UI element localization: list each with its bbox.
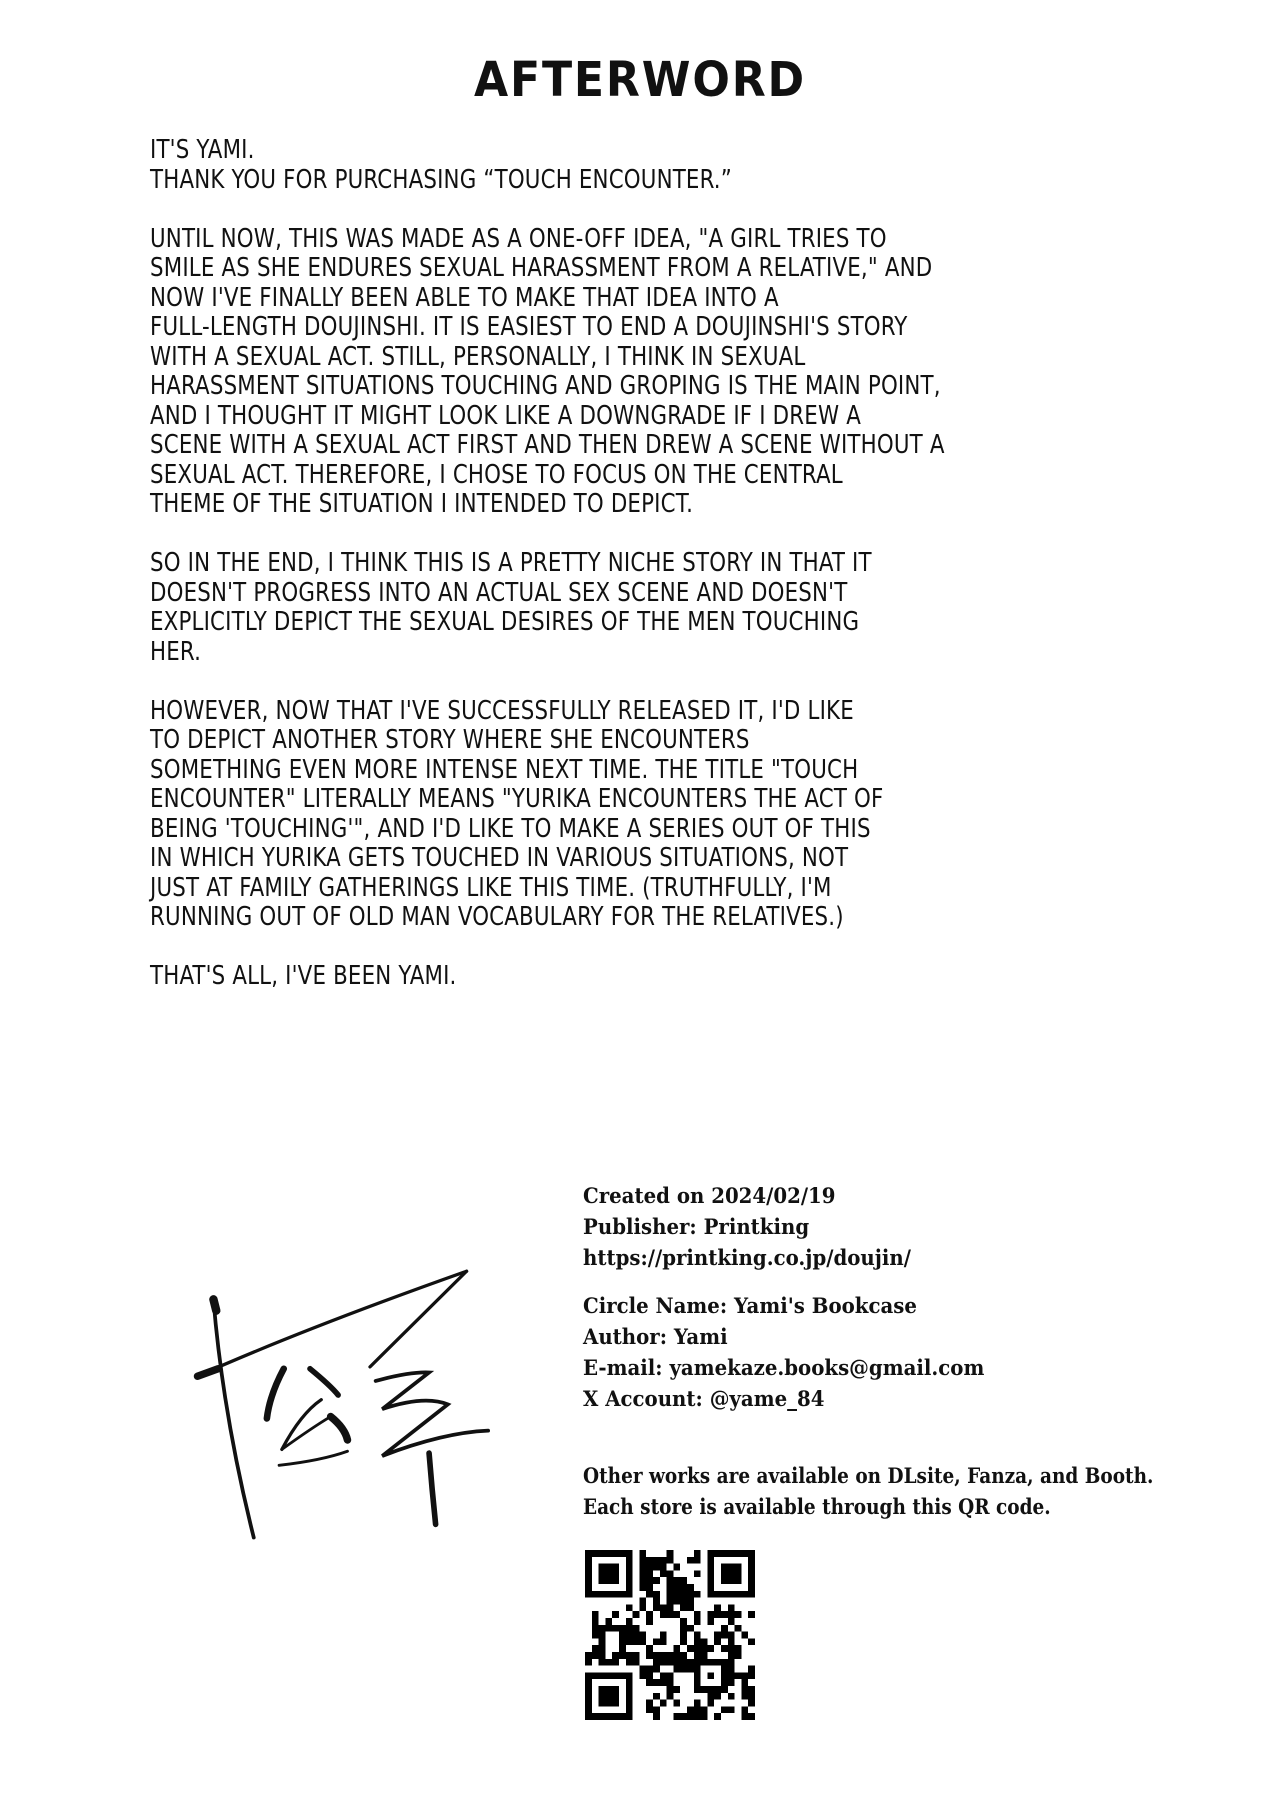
circle-name: Circle Name: Yami's Bookcase (583, 1290, 984, 1321)
text-line: explicitly depict the sexual desires of … (150, 608, 1080, 638)
text-line: being 'touching'", and I'd like to make … (150, 815, 1080, 845)
text-line: and I thought it might look like a downg… (150, 402, 1080, 432)
x-account[interactable]: X Account: @yame_84 (583, 1383, 984, 1414)
text-line: full-length doujinshi. It is easiest to … (150, 313, 1080, 343)
afterword-body: It's Yami.Thank you for purchasing “Touc… (150, 136, 1150, 1021)
text-line: Until now, this was made as a one-off id… (150, 225, 1080, 255)
text-line: doesn't progress into an actual sex scen… (150, 579, 1080, 609)
paragraph: So in the end, I think this is a pretty … (150, 549, 1150, 667)
text-line: It's Yami. (150, 136, 1080, 166)
author-name: Author: Yami (583, 1321, 984, 1352)
text-line: now I've finally been able to make that … (150, 284, 1080, 314)
store-info: Other works are available on DLsite, Fan… (583, 1460, 1231, 1522)
stores-line-2: Each store is available through this QR … (583, 1491, 1153, 1522)
text-line: Encounter" literally means "Yurika encou… (150, 785, 1080, 815)
paragraph: It's Yami.Thank you for purchasing “Touc… (150, 136, 1150, 195)
signature-icon (170, 1245, 510, 1545)
text-line: to depict another story where she encoun… (150, 726, 1080, 756)
text-line: harassment situations touching and gropi… (150, 372, 1080, 402)
page-title: AFTERWORD (51, 52, 1229, 108)
text-line: theme of the situation I intended to dep… (150, 490, 1080, 520)
publisher: Publisher: Printking (583, 1211, 911, 1242)
text-line: something even more intense next time. T… (150, 756, 1080, 786)
text-line: Thank you for purchasing “Touch Encounte… (150, 166, 1080, 196)
text-line: her. (150, 638, 1080, 668)
text-line: running out of old man vocabulary for th… (150, 903, 1080, 933)
text-line: So in the end, I think this is a pretty … (150, 549, 1080, 579)
text-line: smile as she endures sexual harassment f… (150, 254, 1080, 284)
text-line: However, now that I've successfully rele… (150, 697, 1080, 727)
text-line: scene with a sexual act first and then d… (150, 431, 1080, 461)
publisher-url[interactable]: https://printking.co.jp/doujin/ (583, 1242, 911, 1273)
text-line: in which Yurika gets touched in various … (150, 844, 1080, 874)
text-line: That's all, I've been Yami. (150, 962, 1080, 992)
paragraph: However, now that I've successfully rele… (150, 697, 1150, 933)
paragraph: That's all, I've been Yami. (150, 962, 1150, 992)
publication-info: Created on 2024/02/19 Publisher: Printki… (583, 1180, 932, 1273)
email[interactable]: E-mail: yamekaze.books@gmail.com (583, 1352, 984, 1383)
text-line: sexual act. Therefore, I chose to focus … (150, 461, 1080, 491)
text-line: just at family gatherings like this time… (150, 874, 1080, 904)
circle-info: Circle Name: Yami's Bookcase Author: Yam… (583, 1290, 1010, 1414)
text-line: with a sexual act. Still, personally, I … (150, 343, 1080, 373)
paragraph: Until now, this was made as a one-off id… (150, 225, 1150, 520)
created-date: Created on 2024/02/19 (583, 1180, 911, 1211)
qr-code-icon[interactable] (585, 1550, 755, 1720)
stores-line-1: Other works are available on DLsite, Fan… (583, 1460, 1153, 1491)
